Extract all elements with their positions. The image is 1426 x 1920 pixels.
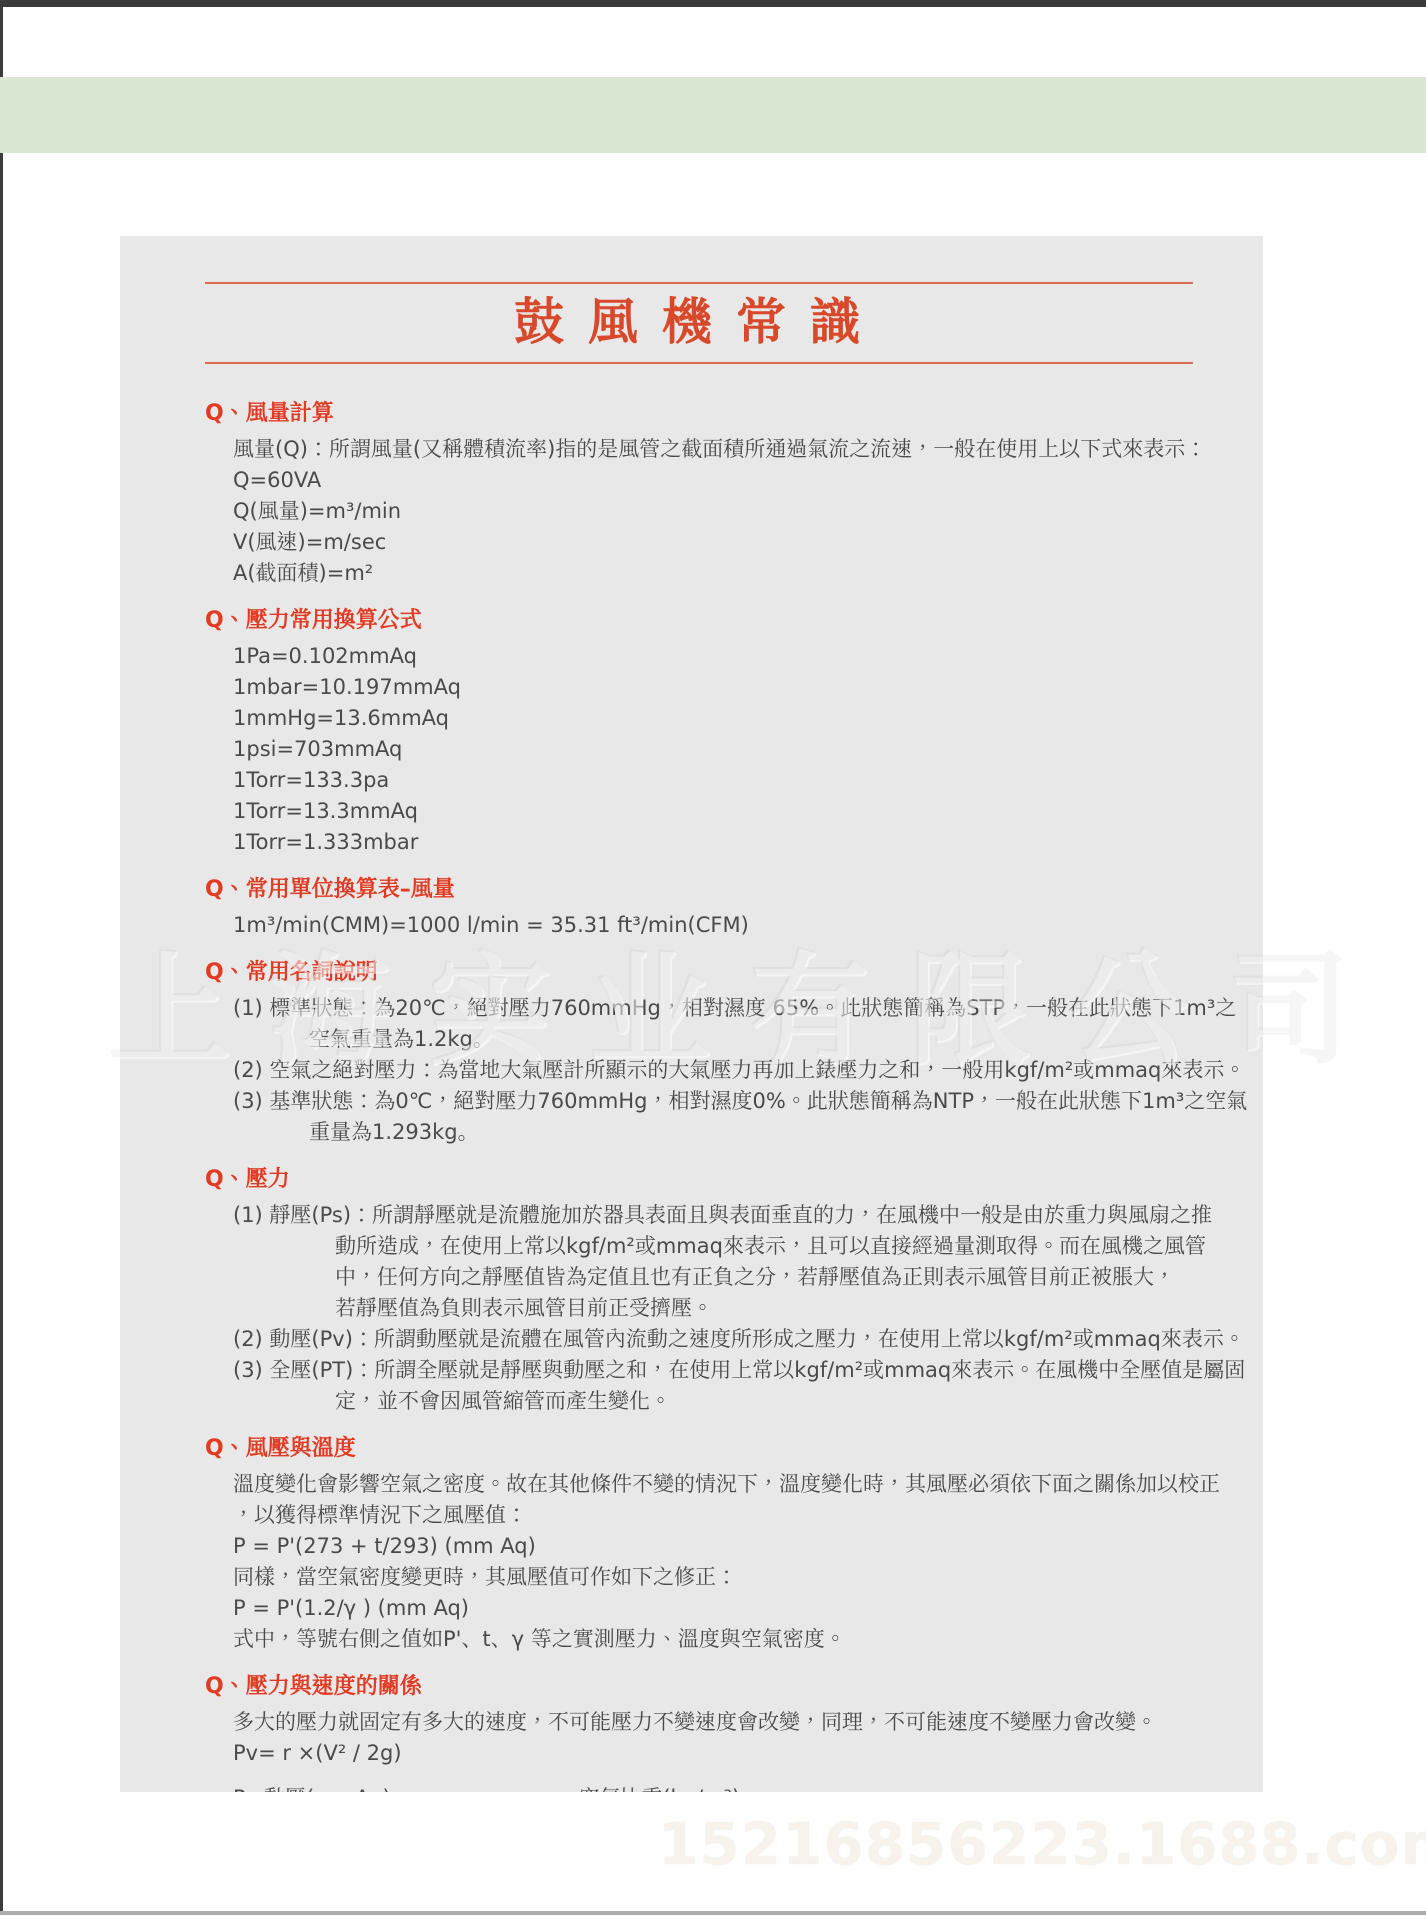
body-line: 1Torr=13.3mmAq <box>205 796 1193 827</box>
body-line: 1m³/min(CMM)=1000 l/min = 35.31 ft³/min(… <box>205 910 1193 941</box>
contact-watermark: 15216856223.1688.com <box>658 1810 1426 1878</box>
content-card: 鼓風機常識 Q、風量計算風量(Q)：所謂風量(又稱體積流率)指的是風管之截面積所… <box>120 236 1263 1792</box>
page: { "page": { "title": "鼓風機常識" }, "colors"… <box>0 0 1426 1920</box>
body-line: (2) 空氣之絕對壓力：為當地大氣壓計所顯示的大氣壓力再加上錶壓力之和，一般用k… <box>205 1055 1193 1086</box>
body-line: Pv= r ×(V² / 2g) <box>205 1738 1193 1769</box>
body-line: 1mmHg=13.6mmAq <box>205 703 1193 734</box>
sections-root: Q、風量計算風量(Q)：所謂風量(又稱體積流率)指的是風管之截面積所通過氣流之流… <box>205 394 1193 1792</box>
body-line: (1) 靜壓(Ps)：所謂靜壓就是流體施加於器具表面且與表面垂直的力，在風機中一… <box>205 1200 1193 1231</box>
legend-item: Pv:動壓(mmAq) <box>233 1783 563 1792</box>
left-border <box>0 7 3 1912</box>
body-line: 若靜壓值為負則表示風管目前正受擠壓。 <box>205 1293 1193 1324</box>
body-line: 1psi=703mmAq <box>205 734 1193 765</box>
body-line: 中，任何方向之靜壓值皆為定值且也有正負之分，若靜壓值為正則表示風管目前正被脹大， <box>205 1262 1193 1293</box>
section-header: Q、壓力常用換算公式 <box>205 601 1193 641</box>
legend-row: Pv:動壓(mmAq)r:空氣比重(kg/m³) <box>205 1783 1193 1792</box>
section-header: Q、壓力 <box>205 1160 1193 1200</box>
body-line: 動所造成，在使用上常以kgf/m²或mmaq來表示，且可以直接經過量測取得。而在… <box>205 1231 1193 1262</box>
body-line: ，以獲得標準情況下之風壓值： <box>205 1500 1193 1531</box>
section: Q、壓力常用換算公式1Pa=0.102mmAq1mbar=10.197mmAq1… <box>205 601 1193 858</box>
body-line: P = P'(273 + t/293) (mm Aq) <box>205 1531 1193 1562</box>
body-line: (1) 標準狀態：為20℃，絕對壓力760mmHg，相對濕度 65%。此狀態簡稱… <box>205 993 1193 1024</box>
body-line: P = P'(1.2/γ ) (mm Aq) <box>205 1593 1193 1624</box>
page-title: 鼓風機常識 <box>205 294 1193 350</box>
legend-item: r:空氣比重(kg/m³) <box>563 1783 740 1792</box>
section: Q、常用單位換算表–風量1m³/min(CMM)=1000 l/min = 35… <box>205 870 1193 941</box>
body-line: 同樣，當空氣密度變更時，其風壓值可作如下之修正： <box>205 1562 1193 1593</box>
body-line: Q(風量)=m³/min <box>205 496 1193 527</box>
body-line: Q=60VA <box>205 465 1193 496</box>
body-line: 1mbar=10.197mmAq <box>205 672 1193 703</box>
section-header: Q、壓力與速度的關係 <box>205 1667 1193 1707</box>
section: Q、風壓與溫度溫度變化會影響空氣之密度。故在其他條件不變的情況下，溫度變化時，其… <box>205 1429 1193 1655</box>
top-border <box>0 0 1426 7</box>
section-header: Q、風壓與溫度 <box>205 1429 1193 1469</box>
title-rule-bottom <box>205 362 1193 364</box>
section-header: Q、常用單位換算表–風量 <box>205 870 1193 910</box>
section: Q、壓力與速度的關係多大的壓力就固定有多大的速度，不可能壓力不變速度會改變，同理… <box>205 1667 1193 1792</box>
body-line: 1Torr=1.333mbar <box>205 827 1193 858</box>
section: Q、常用名詞說明(1) 標準狀態：為20℃，絕對壓力760mmHg，相對濕度 6… <box>205 953 1193 1148</box>
body-line: 式中，等號右側之值如P'、t、γ 等之實測壓力、溫度與空氣密度。 <box>205 1624 1193 1655</box>
body-line: (3) 全壓(PT)：所謂全壓就是靜壓與動壓之和，在使用上常以kgf/m²或mm… <box>205 1355 1193 1386</box>
body-line: A(截面積)=m² <box>205 558 1193 589</box>
body-line: 溫度變化會影響空氣之密度。故在其他條件不變的情況下，溫度變化時，其風壓必須依下面… <box>205 1469 1193 1500</box>
body-line: 1Torr=133.3pa <box>205 765 1193 796</box>
body-line: (2) 動壓(Pv)：所謂動壓就是流體在風管內流動之速度所形成之壓力，在使用上常… <box>205 1324 1193 1355</box>
section-header: Q、風量計算 <box>205 394 1193 434</box>
body-line: 空氣重量為1.2kg。 <box>205 1024 1193 1055</box>
title-rule-top <box>205 282 1193 284</box>
body-line: 多大的壓力就固定有多大的速度，不可能壓力不變速度會改變，同理，不可能速度不變壓力… <box>205 1707 1193 1738</box>
bottom-border <box>0 1911 1426 1915</box>
body-line: (3) 基準狀態：為0℃，絕對壓力760mmHg，相對濕度0%。此狀態簡稱為NT… <box>205 1086 1193 1117</box>
body-line: V(風速)=m/sec <box>205 527 1193 558</box>
body-line: 風量(Q)：所謂風量(又稱體積流率)指的是風管之截面積所通過氣流之流速，一般在使… <box>205 434 1193 465</box>
body-line: 定，並不會因風管縮管而產生變化。 <box>205 1386 1193 1417</box>
section: Q、風量計算風量(Q)：所謂風量(又稱體積流率)指的是風管之截面積所通過氣流之流… <box>205 394 1193 589</box>
green-band <box>0 77 1426 153</box>
body-line: 重量為1.293kg。 <box>205 1117 1193 1148</box>
body-line: 1Pa=0.102mmAq <box>205 641 1193 672</box>
section-header: Q、常用名詞說明 <box>205 953 1193 993</box>
section: Q、壓力(1) 靜壓(Ps)：所謂靜壓就是流體施加於器具表面且與表面垂直的力，在… <box>205 1160 1193 1417</box>
